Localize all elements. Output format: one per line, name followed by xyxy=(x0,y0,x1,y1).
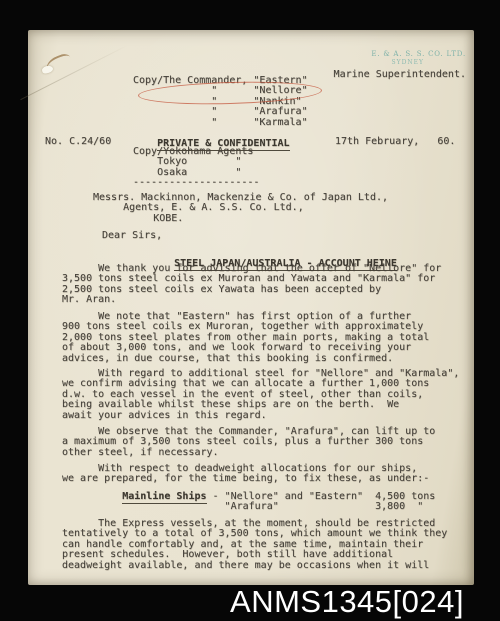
marine-superintendent-line: Marine Superintendent. xyxy=(334,69,466,81)
reference-number: No. C.24/60 xyxy=(45,137,111,147)
ships-allocation: Mainline Ships - "Nellore" and "Eastern"… xyxy=(62,492,435,513)
paragraph-6: The Express vessels, at the moment, shou… xyxy=(62,519,447,571)
copy-yokohama-list: Copy/Yokohama Agents Tokyo " Osaka " ---… xyxy=(133,147,259,189)
catalog-label: ANMS1345[024] xyxy=(230,585,464,618)
paragraph-3: With regard to additional steel for "Nel… xyxy=(62,369,459,421)
paragraph-1: We thank you for advising that the offer… xyxy=(62,264,441,306)
salutation: Dear Sirs, xyxy=(102,231,162,241)
letterhead: E. & A. S. S. CO. LTD. SYDNEY Marine Sup… xyxy=(334,50,466,81)
paragraph-4: We observe that the Commander, "Arafura"… xyxy=(62,427,435,458)
paragraph-2: We note that "Eastern" has first option … xyxy=(62,312,429,364)
letterhead-city: SYDNEY xyxy=(334,59,466,67)
letterhead-company: E. & A. S. S. CO. LTD. xyxy=(334,50,466,59)
date-line: 17th February, 60. xyxy=(335,137,455,147)
recipient-address: Messrs. Mackinnon, Mackenzie & Co. of Ja… xyxy=(93,193,388,224)
paragraph-5: With respect to deadweight allocations f… xyxy=(62,464,429,485)
letter-paper: E. & A. S. S. CO. LTD. SYDNEY Marine Sup… xyxy=(28,30,474,585)
scanned-letter-page: { "page": { "catalog_label": "ANMS1345[0… xyxy=(0,0,500,621)
paper-crease xyxy=(20,45,127,100)
